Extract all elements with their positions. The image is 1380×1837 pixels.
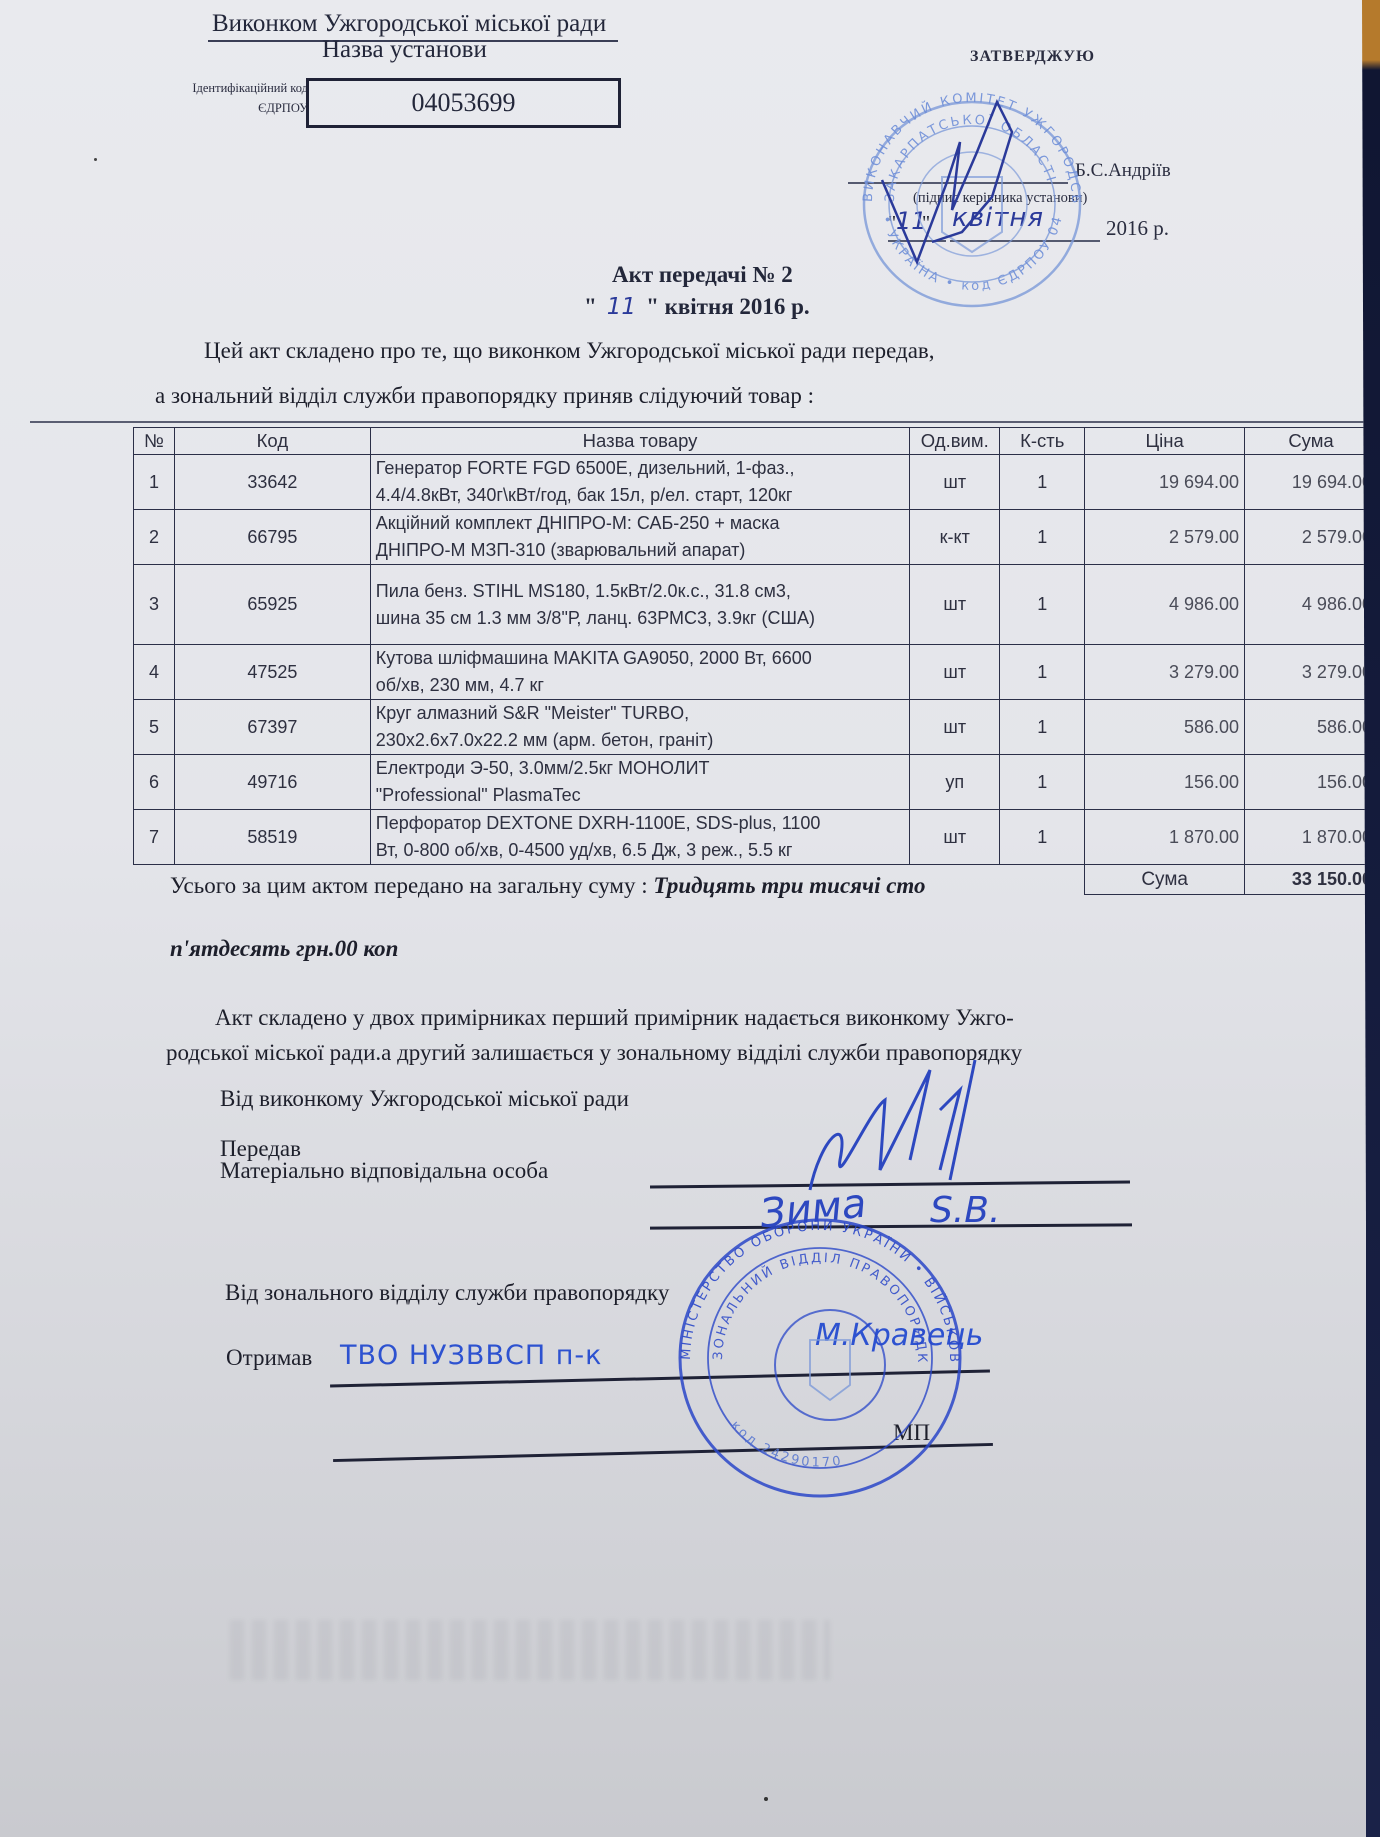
intro-line-2: а зональний відділ служби правопорядку п…: [155, 383, 814, 409]
intro-line-1: Цей акт складено про те, що виконком Ужг…: [204, 338, 935, 364]
speck: [94, 158, 97, 161]
director-name: Б.С.Андріїв: [1075, 160, 1171, 182]
document-page: Виконком Ужгородської міської ради Назва…: [0, 0, 1366, 1837]
cell-code: 47525: [174, 645, 370, 700]
item-name-line: об/хв, 230 мм, 4.7 кг: [376, 672, 904, 699]
svg-text:ВИКОНАВЧИЙ КОМІТЕТ УЖГОРОДСЬКО: ВИКОНАВЧИЙ КОМІТЕТ УЖГОРОДСЬКОЇ МІСЬКОЇ …: [842, 92, 1083, 206]
edrpou-code-box: 04053699: [306, 78, 621, 128]
item-name-line: Акційний комплект ДНІПРО-М: САБ-250 + ма…: [376, 510, 904, 537]
cell-name: Акційний комплект ДНІПРО-М: САБ-250 + ма…: [370, 510, 909, 565]
goods-table-body: 133642Генератор FORTE FGD 6500E, дизельн…: [134, 455, 1378, 865]
column-header-unit: Од.вим.: [910, 428, 1000, 455]
cell-qty: 1: [1000, 455, 1085, 510]
date-suffix: " квітня 2016 р.: [646, 294, 810, 319]
item-name-line: "Professional" PlasmaTec: [376, 782, 904, 809]
table-row: 567397Круг алмазний S&R "Meister" TURBO,…: [134, 700, 1378, 755]
cell-code: 66795: [174, 510, 370, 565]
cell-code: 58519: [174, 810, 370, 865]
document-date: "11" квітня 2016 р.: [584, 294, 810, 320]
approval-year: 2016 р.: [1106, 216, 1169, 241]
cell-sum: 3 279.00: [1245, 645, 1378, 700]
cell-price: 19 694.00: [1085, 455, 1245, 510]
cell-sum: 4 986.00: [1245, 565, 1378, 645]
responsible-name-line: [650, 1223, 1132, 1229]
receiver-signer-handwritten: М.Кравець: [815, 1318, 983, 1353]
cell-price: 1 870.00: [1085, 810, 1245, 865]
cell-name: Круг алмазний S&R "Meister" TURBO,230x2.…: [370, 700, 909, 755]
cell-unit: шт: [910, 700, 1000, 755]
column-header-price: Ціна: [1085, 428, 1245, 455]
cell-qty: 1: [1000, 700, 1085, 755]
column-header-sum: Сума: [1245, 428, 1378, 455]
item-name-line: 4.4/4.8кВт, 340г\кВт/год, бак 15л, р/ел.…: [376, 482, 904, 509]
received-label: Отримав: [226, 1345, 312, 1371]
cell-no: 7: [134, 810, 175, 865]
total-value: 33 150.00: [1245, 865, 1378, 895]
summary-line-1: Усього за цим актом передано на загальну…: [170, 873, 926, 899]
cell-unit: шт: [910, 645, 1000, 700]
cell-no: 5: [134, 700, 175, 755]
copies-text-line-1: Акт складено у двох примірниках перший п…: [215, 1005, 1014, 1031]
cell-code: 33642: [174, 455, 370, 510]
from-department-label: Від зонального відділу служби правопоряд…: [225, 1280, 669, 1306]
table-header-row: № Код Назва товару Од.вим. К-сть Ціна Су…: [134, 428, 1378, 455]
summary-prefix: Усього за цим актом передано на загальну…: [170, 873, 653, 898]
date-prefix: ": [584, 294, 597, 319]
official-stamp-bottom: МІНІСТЕРСТВО ОБОРОНИ УКРАЇНИ • ВІЙСЬКОВА…: [660, 1200, 980, 1510]
cell-price: 4 986.00: [1085, 565, 1245, 645]
cell-name: Генератор FORTE FGD 6500E, дизельний, 1-…: [370, 455, 909, 510]
date-quote: ": [922, 212, 930, 235]
document-title: Акт передачі № 2: [612, 262, 793, 288]
date-quote: ": [888, 212, 896, 235]
edrpou-code: 04053699: [412, 88, 516, 118]
item-name-line: 230x2.6x7.0x22.2 мм (арм. бетон, граніт): [376, 727, 904, 754]
cell-sum: 156.00: [1245, 755, 1378, 810]
receiver-line: [330, 1370, 990, 1388]
cell-price: 2 579.00: [1085, 510, 1245, 565]
responsible-name-handwritten: Зима: [758, 1181, 869, 1238]
cell-code: 67397: [174, 700, 370, 755]
cell-unit: шт: [910, 455, 1000, 510]
organization-name: Виконком Ужгородської міської ради: [212, 10, 606, 38]
svg-text:ЗАКАРПАТСЬКОЇ ОБЛАСТІ: ЗАКАРПАТСЬКОЇ ОБЛАСТІ: [883, 113, 1059, 203]
item-name-line: Електроди Э-50, 3.0мм/2.5кг МОНОЛИТ: [376, 755, 904, 782]
cell-sum: 586.00: [1245, 700, 1378, 755]
seal-mark: МП: [893, 1420, 930, 1446]
approval-month-handwritten: квітня: [952, 203, 1044, 233]
responsible-initials-handwritten: S.B.: [930, 1190, 1000, 1231]
receiver-title-handwritten: ТВО НУЗВВСП п-к: [340, 1340, 602, 1371]
cell-price: 156.00: [1085, 755, 1245, 810]
approval-heading: ЗАТВЕРДЖУЮ: [970, 48, 1095, 66]
total-label: Сума: [1085, 865, 1245, 895]
cell-unit: к-кт: [910, 510, 1000, 565]
cell-unit: шт: [910, 810, 1000, 865]
cell-no: 1: [134, 455, 175, 510]
cell-price: 586.00: [1085, 700, 1245, 755]
bleed-through-text: [230, 1620, 830, 1680]
table-row: 758519Перфоратор DEXTONE DXRH-1100E, SDS…: [134, 810, 1378, 865]
column-header-no: №: [134, 428, 175, 455]
organization-caption: Назва установи: [322, 36, 487, 64]
item-name-line: Перфоратор DEXTONE DXRH-1100E, SDS-plus,…: [376, 810, 904, 837]
item-name-line: шина 35 см 1.3 мм 3/8"Р, ланц. 63РМС3, 3…: [376, 605, 904, 632]
cell-no: 4: [134, 645, 175, 700]
table-row: 133642Генератор FORTE FGD 6500E, дизельн…: [134, 455, 1378, 510]
cell-qty: 1: [1000, 755, 1085, 810]
table-row: 365925Пила бенз. STIHL MS180, 1.5кВт/2.0…: [134, 565, 1378, 645]
speck: [764, 1797, 768, 1801]
summary-amount-words: Тридцять три тисячі сто: [653, 873, 925, 898]
item-name-line: Кутова шліфмашина MAKITA GA9050, 2000 Вт…: [376, 645, 904, 672]
cell-price: 3 279.00: [1085, 645, 1245, 700]
cell-sum: 1 870.00: [1245, 810, 1378, 865]
from-organization-label: Від виконкому Ужгородської міської ради: [220, 1086, 629, 1112]
date-month-line: [950, 240, 1100, 242]
cell-code: 49716: [174, 755, 370, 810]
cell-sum: 19 694.00: [1245, 455, 1378, 510]
cell-unit: шт: [910, 565, 1000, 645]
responsible-person-label: Матеріально відповідальна особа: [220, 1158, 548, 1184]
goods-table: № Код Назва товару Од.вим. К-сть Ціна Су…: [133, 427, 1378, 895]
copies-text-line-2: родської міської ради.а другий залишаєть…: [166, 1040, 1022, 1066]
column-header-name: Назва товару: [370, 428, 909, 455]
approval-signature-line: [848, 182, 1068, 184]
date-day-handwritten: 11: [597, 294, 646, 320]
cell-no: 2: [134, 510, 175, 565]
column-header-code: Код: [174, 428, 370, 455]
svg-text:код 24290170: код 24290170: [728, 1418, 845, 1471]
cell-qty: 1: [1000, 510, 1085, 565]
column-header-qty: К-сть: [1000, 428, 1085, 455]
item-name-line: ДНІПРО-М МЗП-310 (зварювальний апарат): [376, 537, 904, 564]
responsible-signature-line: [650, 1180, 1130, 1188]
summary-amount-words-cont: п'ятдесять грн.00 коп: [170, 936, 398, 962]
cell-name: Пила бенз. STIHL MS180, 1.5кВт/2.0к.с., …: [370, 565, 909, 645]
table-row: 266795Акційний комплект ДНІПРО-М: САБ-25…: [134, 510, 1378, 565]
cell-no: 3: [134, 565, 175, 645]
cell-name: Перфоратор DEXTONE DXRH-1100E, SDS-plus,…: [370, 810, 909, 865]
table-row: 649716Електроди Э-50, 3.0мм/2.5кг МОНОЛИ…: [134, 755, 1378, 810]
cell-unit: уп: [910, 755, 1000, 810]
edrpou-label: Ідентифікаційний код ЄДРПОУ: [160, 78, 308, 118]
cell-qty: 1: [1000, 810, 1085, 865]
cell-name: Кутова шліфмашина MAKITA GA9050, 2000 Вт…: [370, 645, 909, 700]
table-row: 447525Кутова шліфмашина MAKITA GA9050, 2…: [134, 645, 1378, 700]
item-name-line: Пила бенз. STIHL MS180, 1.5кВт/2.0к.с., …: [376, 578, 904, 605]
cell-sum: 2 579.00: [1245, 510, 1378, 565]
separator-line: [30, 421, 1375, 423]
date-day-line: [888, 240, 946, 242]
cell-name: Електроди Э-50, 3.0мм/2.5кг МОНОЛИТ"Prof…: [370, 755, 909, 810]
cell-qty: 1: [1000, 645, 1085, 700]
item-name-line: Вт, 0-800 об/хв, 0-4500 уд/хв, 6.5 Дж, 3…: [376, 837, 904, 864]
cell-code: 65925: [174, 565, 370, 645]
item-name-line: Круг алмазний S&R "Meister" TURBO,: [376, 700, 904, 727]
cell-no: 6: [134, 755, 175, 810]
item-name-line: Генератор FORTE FGD 6500E, дизельний, 1-…: [376, 455, 904, 482]
cell-qty: 1: [1000, 565, 1085, 645]
